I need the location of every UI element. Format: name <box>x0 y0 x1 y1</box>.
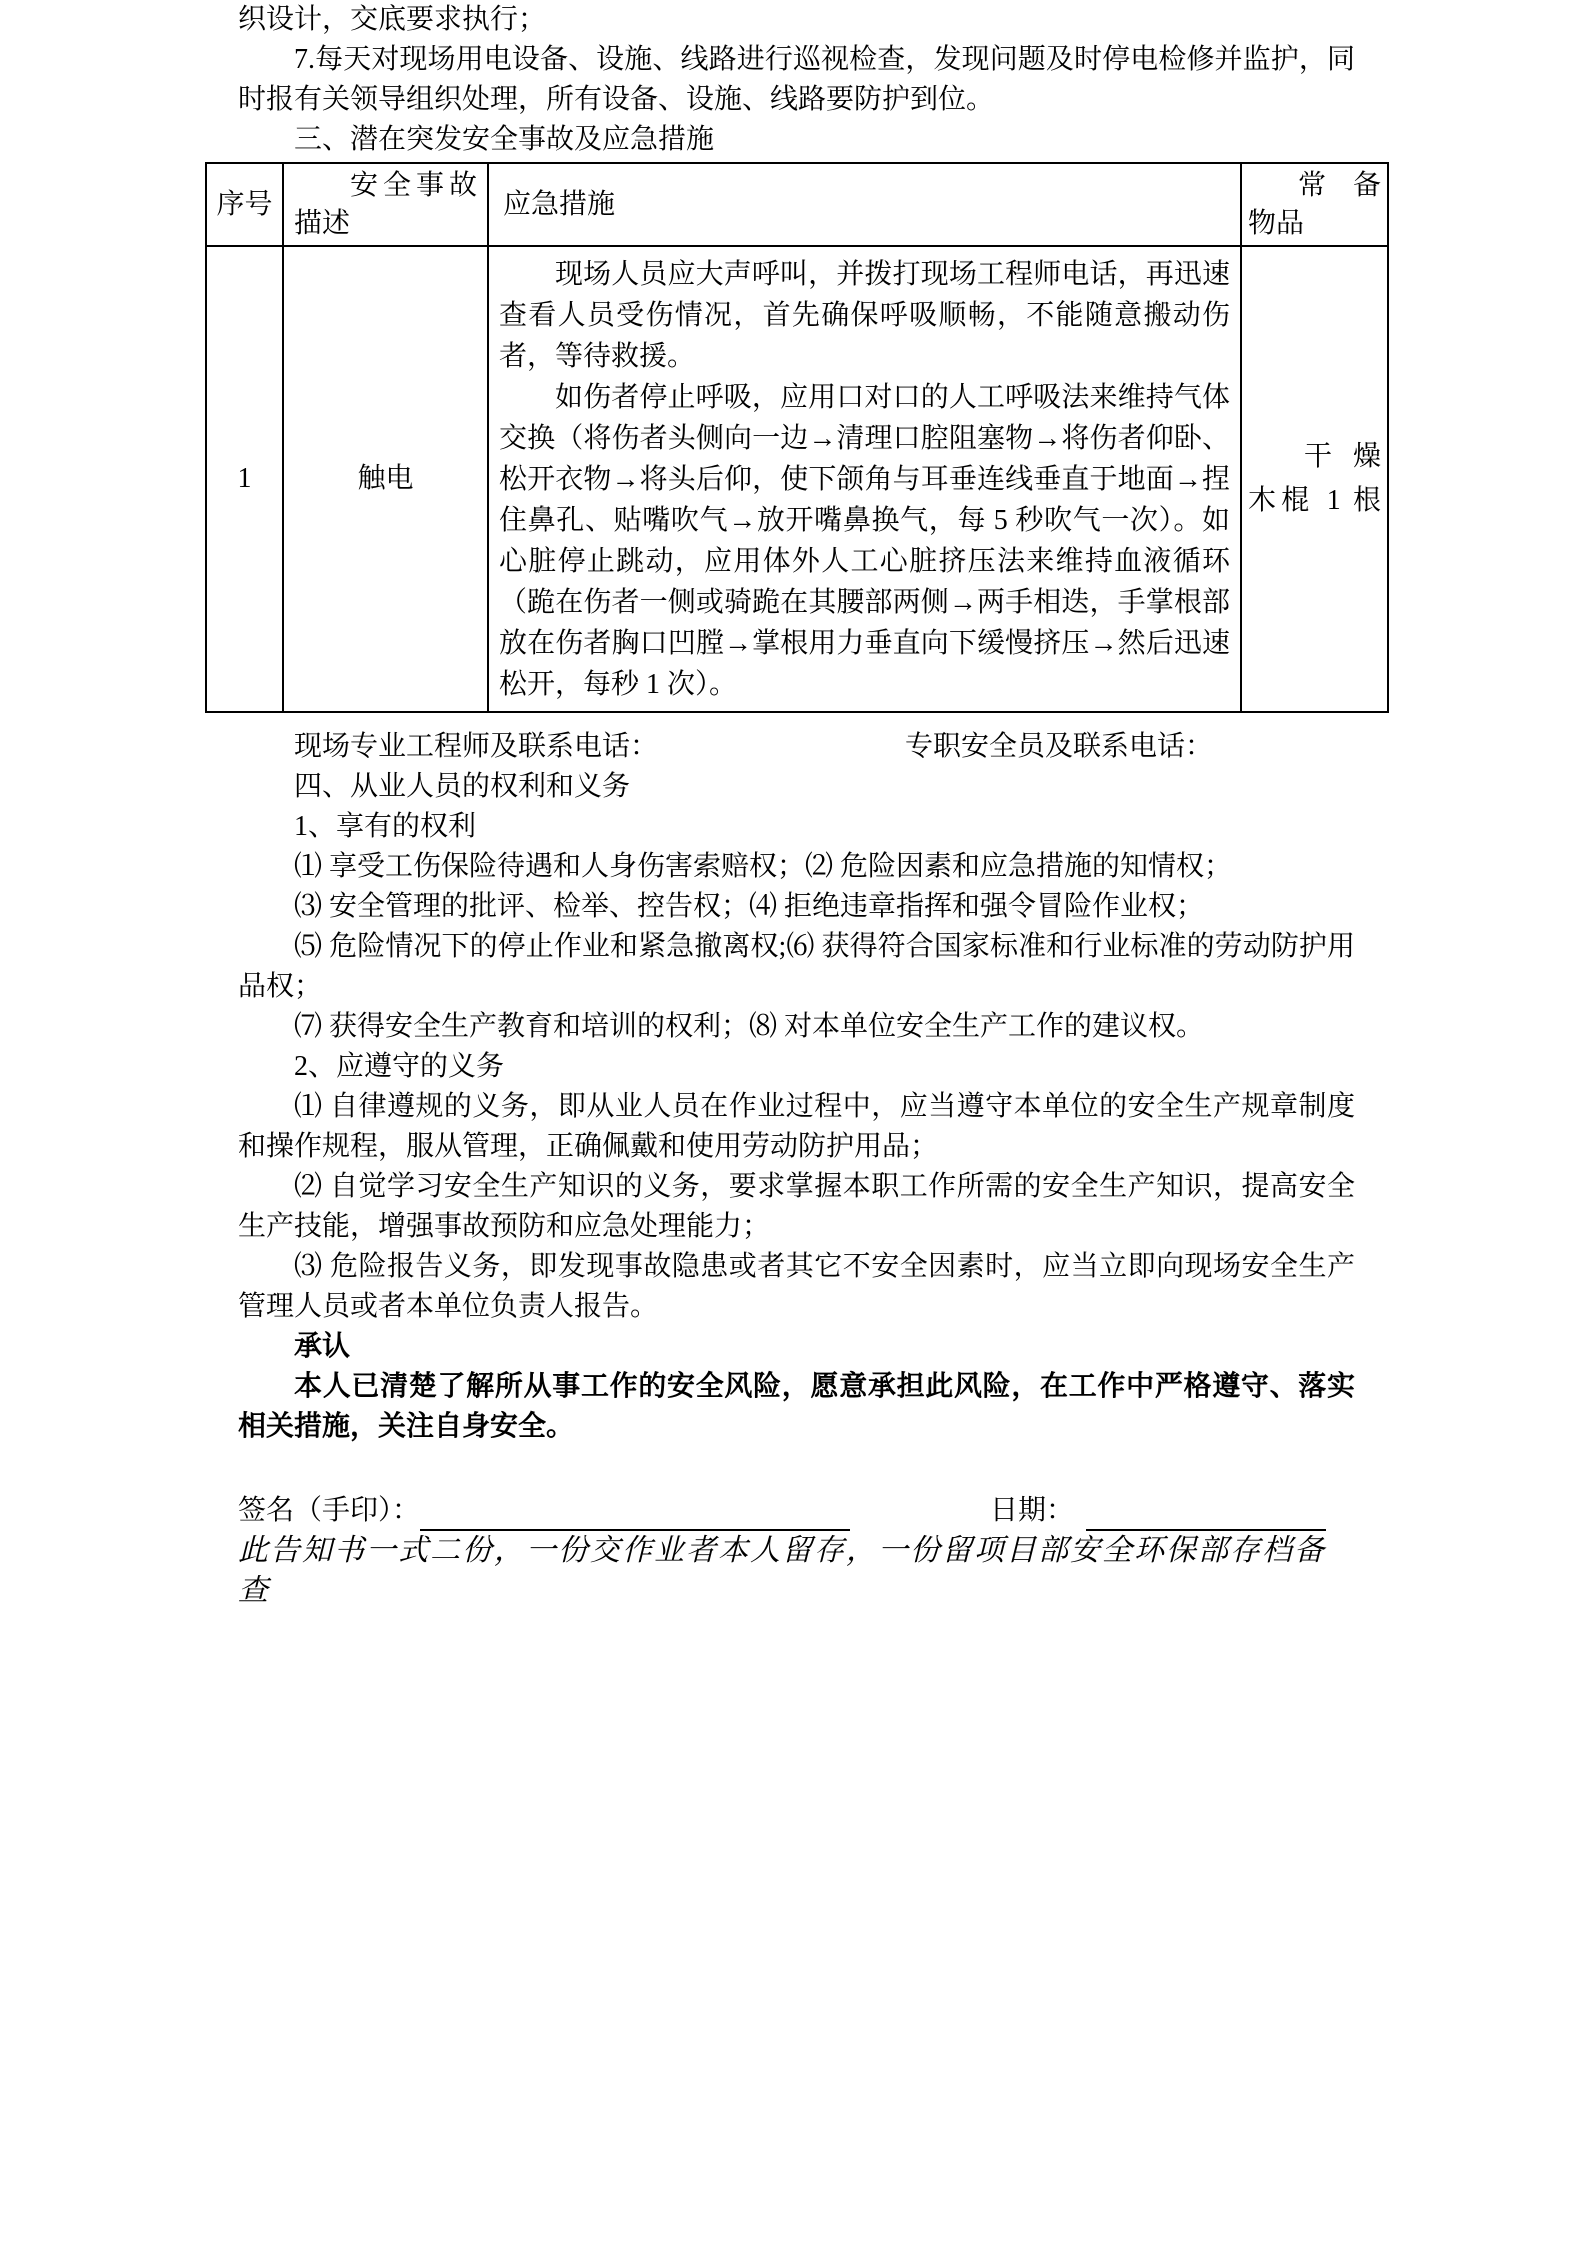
rights-item-3-4: ⑶ 安全管理的批评、检举、控告权；⑷ 拒绝违章指挥和强令冒险作业权； <box>238 887 1355 927</box>
measures-paragraph-1: 现场人员应大声呼叫，并拨打现场工程师电话，再迅速查看人员受伤情况，首先确保呼吸顺… <box>499 254 1230 377</box>
duties-item-2: ⑵ 自觉学习安全生产知识的义务，要求掌握本职工作所需的安全生产知识，提高安全生产… <box>238 1167 1355 1247</box>
date-label: 日期： <box>990 1491 1074 1531</box>
measures-paragraph-2: 如伤者停止呼吸，应用口对口的人工呼吸法来维持气体交换（将伤者头侧向一边→清理口腔… <box>499 377 1230 705</box>
section4-heading: 四、从业人员的权利和义务 <box>238 767 1355 807</box>
col-header-emergency-measures: 应急措施 <box>488 163 1241 246</box>
rights-item-1-2: ⑴ 享受工伤保险待遇和人身伤害索赔权；⑵ 危险因素和应急措施的知情权； <box>238 847 1355 887</box>
table-header-row: 序号 安全事故描述 应急措施 常备物品 <box>206 163 1388 246</box>
acknowledgement-title: 承认 <box>238 1327 1355 1367</box>
signature-row: 签名（手印）： 日期： <box>238 1491 1355 1531</box>
col-header-index: 序号 <box>206 163 283 246</box>
rights-item-7-8: ⑺ 获得安全生产教育和培训的权利；⑻ 对本单位安全生产工作的建议权。 <box>238 1007 1355 1047</box>
document-page: 织设计，交底要求执行； 7.每天对现场用电设备、设施、线路进行巡视检查，发现问题… <box>0 0 1587 2245</box>
rights-item-5-6: ⑸ 危险情况下的停止作业和紧急撤离权;⑹ 获得符合国家标准和行业标准的劳动防护用… <box>238 927 1355 1007</box>
col-header-standby-supplies: 常备物品 <box>1241 163 1388 246</box>
cell-accident-description: 触电 <box>283 246 488 712</box>
signature-blank-line <box>420 1493 850 1531</box>
paragraph-item7: 7.每天对现场用电设备、设施、线路进行巡视检查，发现问题及时停电检修并监护，同时… <box>238 40 1355 120</box>
cell-standby-supplies: 干燥木棍 1 根 <box>1241 246 1388 712</box>
rights-title: 1、享有的权利 <box>238 807 1355 847</box>
duties-item-1: ⑴ 自律遵规的义务，即从业人员在作业过程中，应当遵守本单位的安全生产规章制度和操… <box>238 1087 1355 1167</box>
safety-officer-contact-label: 专职安全员及联系电话： <box>905 731 1213 762</box>
acknowledgement-body: 本人已清楚了解所从事工作的安全风险，愿意承担此风险，在工作中严格遵守、落实相关措… <box>238 1367 1355 1447</box>
col-header-accident-description: 安全事故描述 <box>283 163 488 246</box>
footer-note: 此告知书一式二份，一份交作业者本人留存，一份留项目部安全环保部存档备查 <box>238 1531 1355 1611</box>
cell-emergency-measures: 现场人员应大声呼叫，并拨打现场工程师电话，再迅速查看人员受伤情况，首先确保呼吸顺… <box>488 246 1241 712</box>
paragraph-continuation: 织设计，交底要求执行； <box>238 0 1355 40</box>
duties-item-3: ⑶ 危险报告义务，即发现事故隐患或者其它不安全因素时，应当立即向现场安全生产管理… <box>238 1247 1355 1327</box>
date-blank-line <box>1086 1493 1326 1531</box>
section3-heading: 三、潜在突发安全事故及应急措施 <box>238 120 1355 160</box>
accident-response-table: 序号 安全事故描述 应急措施 常备物品 1 触电 现场人员应大声呼叫，并拨打现场… <box>205 162 1389 713</box>
site-engineer-contact-label: 现场专业工程师及联系电话： <box>294 731 658 762</box>
cell-index: 1 <box>206 246 283 712</box>
contacts-line: 现场专业工程师及联系电话： 专职安全员及联系电话： <box>238 727 1355 767</box>
table-row: 1 触电 现场人员应大声呼叫，并拨打现场工程师电话，再迅速查看人员受伤情况，首先… <box>206 246 1388 712</box>
duties-title: 2、应遵守的义务 <box>238 1047 1355 1087</box>
signature-label: 签名（手印）： <box>238 1491 420 1531</box>
document-content: 织设计，交底要求执行； 7.每天对现场用电设备、设施、线路进行巡视检查，发现问题… <box>238 0 1355 1611</box>
